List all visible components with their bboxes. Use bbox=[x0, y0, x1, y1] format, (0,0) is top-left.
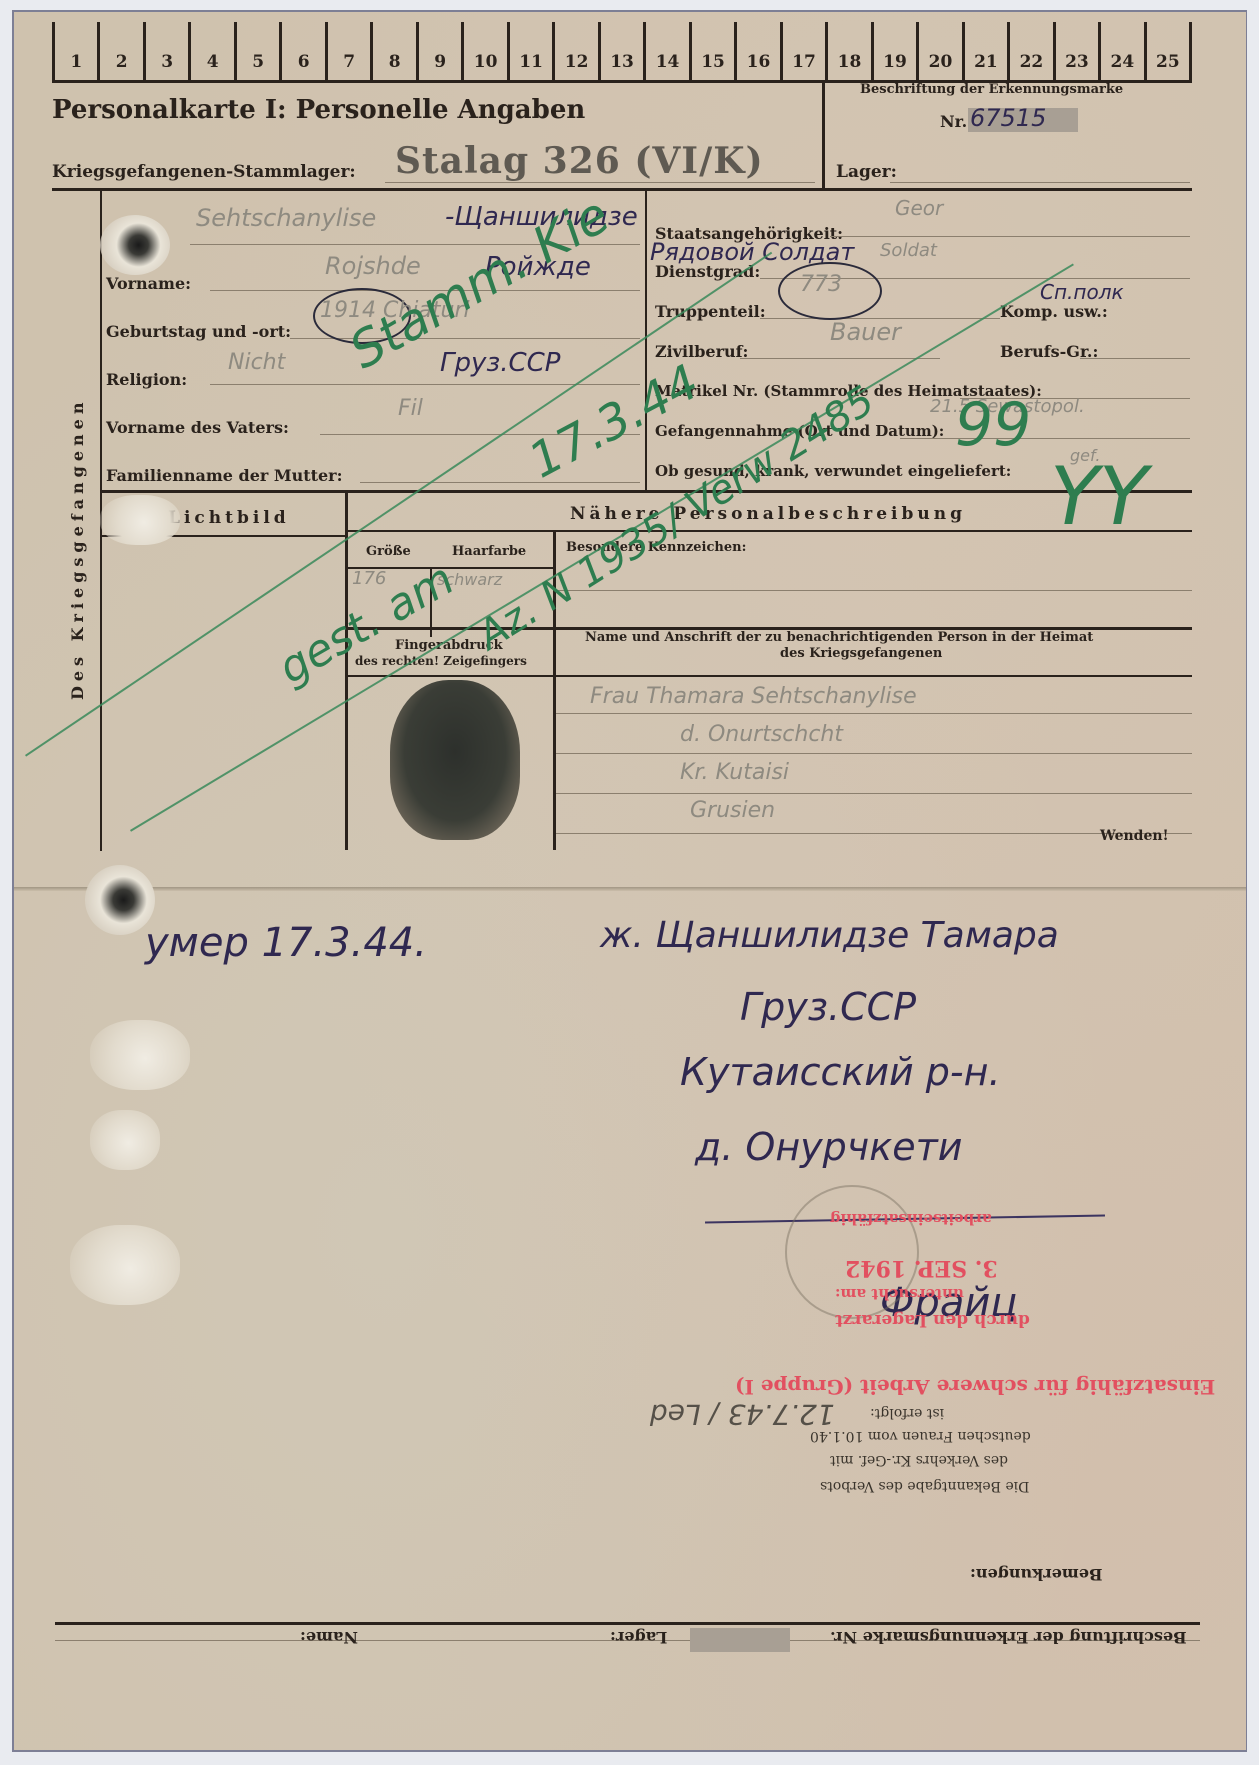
republic-note: Груз.ССР bbox=[740, 985, 916, 1029]
zivilberuf-rule bbox=[740, 358, 940, 359]
number-cell: 7 bbox=[325, 22, 370, 80]
number-cell: 25 bbox=[1144, 22, 1192, 80]
footer-line bbox=[55, 1622, 1200, 1625]
kennzeichen-rule bbox=[556, 590, 1192, 591]
number-cell: 24 bbox=[1098, 22, 1143, 80]
bemerkungen-label: Bemerkungen: bbox=[970, 1565, 1103, 1584]
number-cell: 4 bbox=[188, 22, 233, 80]
scan-frame-left bbox=[0, 0, 12, 1765]
dienstgrad-pencil: Soldat bbox=[880, 240, 937, 261]
nr-value: 67515 bbox=[970, 104, 1046, 132]
number-cell: 23 bbox=[1053, 22, 1098, 80]
kontakt-line-1: Frau Thamara Sehtschanylise bbox=[590, 684, 917, 709]
lager-rule bbox=[890, 182, 1190, 183]
number-cell: 16 bbox=[734, 22, 779, 80]
vertical-label: Des Kriegsgefangenen bbox=[68, 398, 87, 700]
footer-lager: Lager: bbox=[610, 1628, 667, 1647]
footer-beschriftung: Beschriftung der Erkennungsmarke Nr. bbox=[830, 1628, 1187, 1647]
notice-line-1: Die Bekanntgabe des Verbots bbox=[820, 1478, 1029, 1494]
red-stamp-einsatzfaehig: Einsatzfähig für schwere Arbeit (Gruppe … bbox=[735, 1375, 1215, 1399]
death-note: умер 17.3.44. bbox=[145, 920, 427, 966]
green-initials: YY bbox=[1050, 450, 1148, 543]
fold-crease bbox=[14, 887, 1246, 891]
scan-frame-bottom bbox=[0, 1752, 1259, 1765]
zivilberuf-pencil: Bauer bbox=[830, 318, 901, 346]
field-column-divider bbox=[645, 191, 647, 491]
number-cell: 20 bbox=[916, 22, 961, 80]
red-stamp-untersucht: untersucht am: bbox=[835, 1285, 964, 1303]
komp-ink: Сп.полк bbox=[1040, 280, 1124, 304]
kontakt-rule-4 bbox=[556, 833, 1192, 834]
stammlager-stamp: Stalag 326 (VI/K) bbox=[395, 140, 764, 182]
number-cell: 9 bbox=[416, 22, 461, 80]
kontakt-rule-2 bbox=[556, 753, 1192, 754]
scan-frame-right bbox=[1247, 0, 1259, 1765]
geburtstag-label: Geburtstag und -ort: bbox=[106, 322, 291, 341]
komp-label: Komp. usw.: bbox=[1000, 302, 1108, 321]
kontakt-line-4: Grusien bbox=[690, 798, 775, 823]
groesse-label: Größe bbox=[366, 544, 411, 559]
number-cell: 5 bbox=[234, 22, 279, 80]
fields-bottom-line bbox=[100, 490, 1192, 493]
notice-line-2: des Verkehrs Kr.-Gef. mit bbox=[830, 1452, 1008, 1468]
notice-line-4: ist erfolgt: bbox=[870, 1405, 944, 1421]
stammlager-label: Kriegsgefangenen-Stammlager: bbox=[52, 162, 356, 182]
photo-column-divider bbox=[345, 490, 348, 850]
kontakt-label-1: Name und Anschrift der zu benachrichtige… bbox=[585, 630, 1093, 645]
number-cell: 14 bbox=[643, 22, 688, 80]
wenden-label: Wenden! bbox=[1100, 828, 1169, 844]
number-cell: 2 bbox=[97, 22, 142, 80]
religion-label: Religion: bbox=[106, 370, 187, 389]
zivilberuf-label: Zivilberuf: bbox=[655, 342, 748, 361]
footer-redaction-box bbox=[690, 1628, 790, 1652]
number-cell: 10 bbox=[461, 22, 506, 80]
number-cell: 12 bbox=[552, 22, 597, 80]
notice-date: 12.7.43 / Led bbox=[650, 1398, 835, 1431]
religion-ink: Груз.ССР bbox=[440, 348, 560, 378]
stammlager-rule bbox=[385, 182, 815, 183]
red-stamp-lagerarzt: durch den Lagerarzt bbox=[835, 1310, 1030, 1330]
staatsangehoerigkeit-rule bbox=[830, 236, 1190, 237]
footer-name: Name: bbox=[300, 1628, 358, 1647]
red-stamp-date: 3. SEP. 1942 bbox=[845, 1255, 998, 1281]
number-strip: 1 2 3 4 5 6 7 8 9 10 11 12 13 14 15 16 1… bbox=[52, 22, 1192, 83]
number-cell: 21 bbox=[962, 22, 1007, 80]
vorname-vater-pencil: Fil bbox=[398, 396, 423, 421]
kontakt-label-2: des Kriegsgefangenen bbox=[780, 646, 942, 661]
scan-frame-top bbox=[0, 0, 1259, 10]
number-cell: 13 bbox=[598, 22, 643, 80]
gefangennahme-rule bbox=[900, 438, 1190, 439]
village-note: д. Онурчкети bbox=[695, 1125, 962, 1169]
number-cell: 15 bbox=[689, 22, 734, 80]
red-stamp-arbeitseinsatz: arbeitseinsatzfähig bbox=[830, 1210, 992, 1228]
haarfarbe-label: Haarfarbe bbox=[452, 544, 526, 559]
number-cell: 18 bbox=[825, 22, 870, 80]
kontakt-line-3: Kr. Kutaisi bbox=[680, 760, 789, 785]
number-cell: 1 bbox=[52, 22, 97, 80]
kontakt-rule-3 bbox=[556, 793, 1192, 794]
name-pencil: Sehtschanylise bbox=[196, 204, 376, 232]
header-divider bbox=[822, 80, 825, 188]
number-cell: 19 bbox=[871, 22, 916, 80]
berufsgruppe-rule bbox=[1080, 358, 1190, 359]
mutter-rule bbox=[360, 482, 640, 483]
punch-dent bbox=[90, 1110, 160, 1170]
punch-dent bbox=[70, 1225, 180, 1305]
vorname-pencil: Rojshde bbox=[325, 252, 421, 280]
number-cell: 6 bbox=[279, 22, 324, 80]
number-cell: 3 bbox=[143, 22, 188, 80]
recipient-note: ж. Щаншилидзе Тамара bbox=[600, 915, 1059, 956]
number-cell: 11 bbox=[507, 22, 552, 80]
district-note: Кутаисский р-н. bbox=[680, 1050, 1001, 1094]
green-number-99: 99 bbox=[955, 390, 1031, 460]
punch-dent bbox=[100, 495, 180, 545]
punch-dent bbox=[90, 1020, 190, 1090]
card-title: Personalkarte I: Personelle Angaben bbox=[52, 95, 585, 125]
truppenteil-pencil: 773 bbox=[800, 272, 842, 297]
nr-label: Nr. bbox=[940, 112, 967, 131]
kontakt-line-2: d. Onurtschcht bbox=[680, 722, 843, 747]
religion-pencil: Nicht bbox=[228, 350, 285, 375]
fingerprint-label-rule bbox=[345, 675, 1192, 677]
erkennungsmarke-label: Beschriftung der Erkennungsmarke bbox=[860, 82, 1123, 97]
number-cell: 8 bbox=[370, 22, 415, 80]
vorname-label: Vorname: bbox=[106, 274, 191, 293]
kontakt-rule-1 bbox=[556, 713, 1192, 714]
staatsangehoerigkeit-pencil: Geor bbox=[895, 196, 943, 220]
notice-line-3: deutschen Frauen vom 10.1.40 bbox=[810, 1428, 1031, 1444]
number-cell: 22 bbox=[1007, 22, 1052, 80]
punch-hole bbox=[100, 215, 170, 275]
header-bottom-line bbox=[52, 188, 1192, 191]
fingerabdruck-label-2: des rechten! Zeigefingers bbox=[355, 654, 527, 668]
lichtbild-label: Lichtbild bbox=[168, 508, 290, 528]
vorname-vater-label: Vorname des Vaters: bbox=[106, 418, 289, 437]
number-cell: 17 bbox=[780, 22, 825, 80]
fingerprint-impression bbox=[390, 680, 520, 840]
mutter-label: Familienname der Mutter: bbox=[106, 466, 343, 485]
lager-label: Lager: bbox=[836, 162, 897, 182]
